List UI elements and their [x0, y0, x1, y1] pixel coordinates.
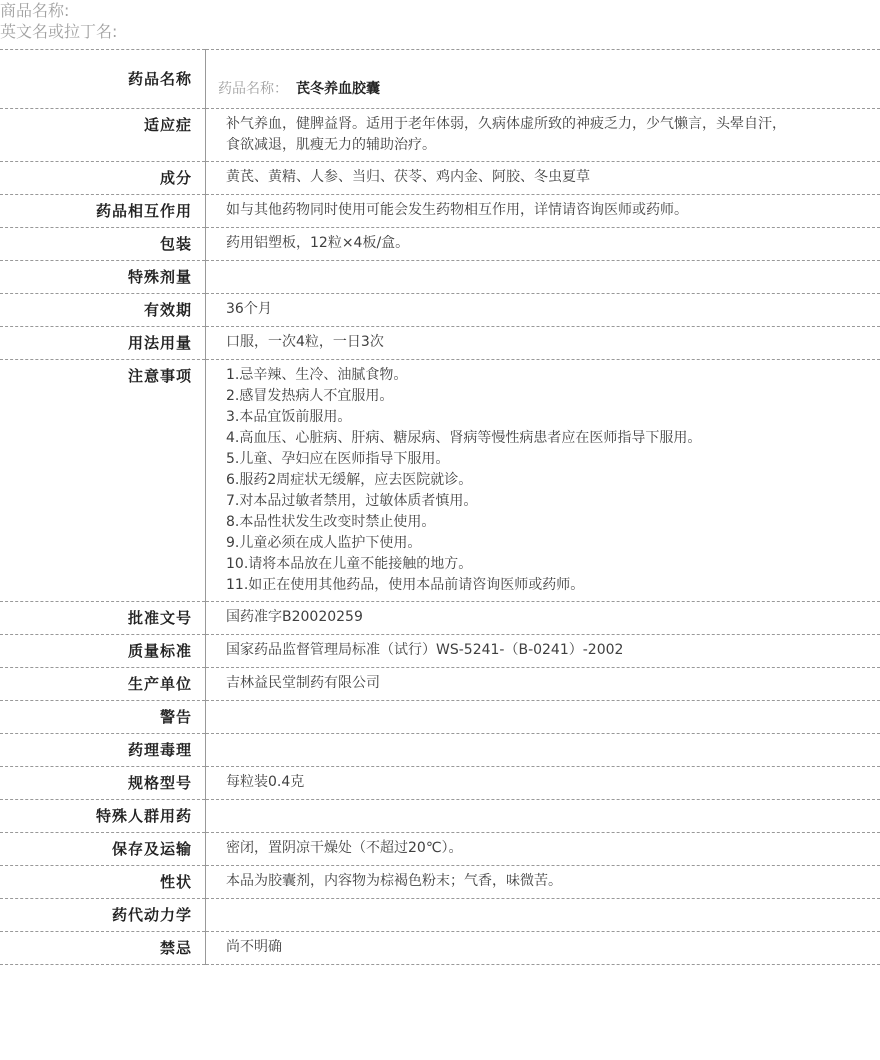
field-value: 吉林益民堂制药有限公司 — [206, 668, 880, 701]
field-value — [206, 701, 880, 734]
table-row-manufacturer: 生产单位 吉林益民堂制药有限公司 — [0, 668, 880, 701]
field-label: 禁忌 — [0, 932, 206, 965]
table-row-special-dosage: 特殊剂量 — [0, 261, 880, 294]
field-label: 包装 — [0, 228, 206, 261]
table-row-precautions: 注意事项 1.忌辛辣、生冷、油腻食物。 2.感冒发热病人不宜服用。 3.本品宜饭… — [0, 360, 880, 602]
field-value: 口服，一次4粒，一日3次 — [206, 327, 880, 360]
field-label: 特殊剂量 — [0, 261, 206, 294]
field-label: 药品名称 — [0, 50, 206, 109]
field-label: 生产单位 — [0, 668, 206, 701]
field-label: 特殊人群用药 — [0, 800, 206, 833]
drug-info-table: 药品名称 药品名称：芪冬养血胶囊 适应症 补气养血，健脾益肾。适用于老年体弱，久… — [0, 49, 880, 965]
field-label: 规格型号 — [0, 767, 206, 800]
drug-name-line: 药品名称：芪冬养血胶囊 — [218, 79, 868, 100]
field-value: 1.忌辛辣、生冷、油腻食物。 2.感冒发热病人不宜服用。 3.本品宜饭前服用。 … — [206, 360, 880, 602]
field-value: 本品为胶囊剂，内容物为棕褐色粉末；气香，味微苦。 — [206, 866, 880, 899]
field-value: 黄芪、黄精、人参、当归、茯苓、鸡内金、阿胶、冬虫夏草 — [206, 162, 880, 195]
field-label: 批准文号 — [0, 602, 206, 635]
drug-name-meta-label: 药品名称： — [218, 81, 288, 97]
field-value: 36个月 — [206, 294, 880, 327]
field-label: 用法用量 — [0, 327, 206, 360]
field-label: 药代动力学 — [0, 899, 206, 932]
table-row-packaging: 包装 药用铝塑板，12粒×4板/盒。 — [0, 228, 880, 261]
field-value: 尚不明确 — [206, 932, 880, 965]
field-label: 成分 — [0, 162, 206, 195]
field-value — [206, 800, 880, 833]
field-label: 药理毒理 — [0, 734, 206, 767]
field-value — [206, 734, 880, 767]
field-value: 如与其他药物同时使用可能会发生药物相互作用，详情请咨询医师或药师。 — [206, 195, 880, 228]
table-row-drug-name: 药品名称 药品名称：芪冬养血胶囊 — [0, 50, 880, 109]
field-label: 保存及运输 — [0, 833, 206, 866]
field-label: 适应症 — [0, 109, 206, 162]
table-row-pharmacokinetics: 药代动力学 — [0, 899, 880, 932]
field-value: 药品名称：芪冬养血胶囊 — [206, 50, 880, 109]
table-row-pharmacology-toxicology: 药理毒理 — [0, 734, 880, 767]
table-row-indications: 适应症 补气养血，健脾益肾。适用于老年体弱，久病体虚所致的神疲乏力，少气懒言，头… — [0, 109, 880, 162]
field-value — [206, 899, 880, 932]
trade-name-meta-label: 商品名称: — [0, 1, 69, 20]
latin-name-line: 英文名或拉丁名: — [0, 21, 880, 42]
field-value: 密闭，置阴凉干燥处（不超过20℃）。 — [206, 833, 880, 866]
field-label: 性状 — [0, 866, 206, 899]
field-label: 质量标准 — [0, 635, 206, 668]
field-label: 药品相互作用 — [0, 195, 206, 228]
field-value: 药用铝塑板，12粒×4板/盒。 — [206, 228, 880, 261]
table-row-approval-number: 批准文号 国药准字B20020259 — [0, 602, 880, 635]
table-row-special-populations: 特殊人群用药 — [0, 800, 880, 833]
table-row-quality-standard: 质量标准 国家药品监督管理局标准（试行）WS-5241-（B-0241）-200… — [0, 635, 880, 668]
table-row-description: 性状 本品为胶囊剂，内容物为棕褐色粉末；气香，味微苦。 — [0, 866, 880, 899]
drug-info-page: 商品名称:英文名或拉丁名: 药品名称 药品名称：芪冬养血胶囊 适应症 补气养血，… — [0, 0, 880, 1060]
field-label: 注意事项 — [0, 360, 206, 602]
field-label: 警告 — [0, 701, 206, 734]
table-row-ingredients: 成分 黄芪、黄精、人参、当归、茯苓、鸡内金、阿胶、冬虫夏草 — [0, 162, 880, 195]
table-row-storage-transport: 保存及运输 密闭，置阴凉干燥处（不超过20℃）。 — [0, 833, 880, 866]
table-row-drug-interactions: 药品相互作用 如与其他药物同时使用可能会发生药物相互作用，详情请咨询医师或药师。 — [0, 195, 880, 228]
table-row-warning: 警告 — [0, 701, 880, 734]
field-value: 每粒装0.4克 — [206, 767, 880, 800]
trade-name-line: 商品名称: — [0, 0, 880, 21]
field-value — [206, 261, 880, 294]
field-value: 国家药品监督管理局标准（试行）WS-5241-（B-0241）-2002 — [206, 635, 880, 668]
field-label: 有效期 — [0, 294, 206, 327]
table-row-dosage-usage: 用法用量 口服，一次4粒，一日3次 — [0, 327, 880, 360]
table-row-contraindications: 禁忌 尚不明确 — [0, 932, 880, 965]
drug-name-value: 芪冬养血胶囊 — [296, 81, 380, 97]
field-value: 补气养血，健脾益肾。适用于老年体弱，久病体虚所致的神疲乏力，少气懒言，头晕自汗，… — [206, 109, 880, 162]
table-row-shelf-life: 有效期 36个月 — [0, 294, 880, 327]
latin-name-meta-label: 英文名或拉丁名: — [0, 22, 117, 41]
field-value: 国药准字B20020259 — [206, 602, 880, 635]
table-row-specification: 规格型号 每粒装0.4克 — [0, 767, 880, 800]
